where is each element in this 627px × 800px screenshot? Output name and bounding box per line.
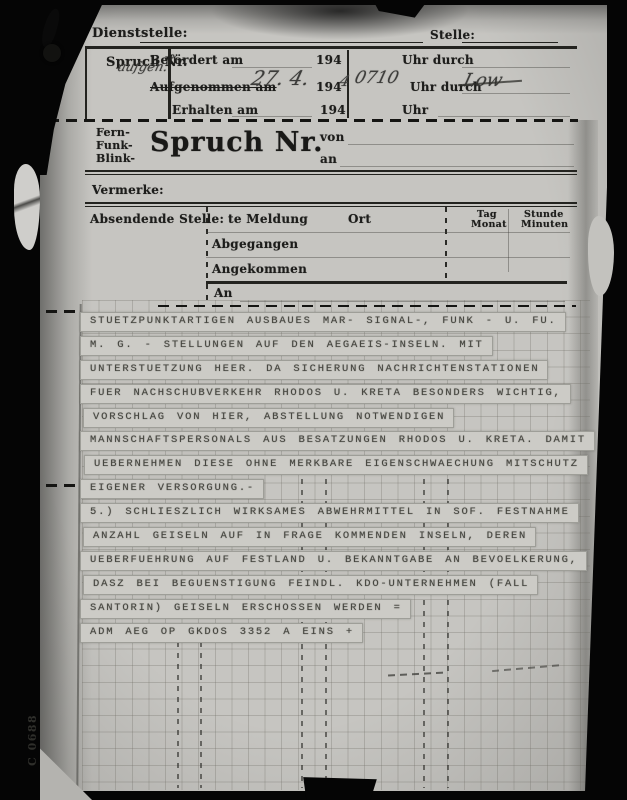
an-fill-line bbox=[340, 166, 574, 167]
dashed-separator-top bbox=[30, 119, 578, 122]
handwritten-aufgen-note: aufgen. bbox=[116, 60, 169, 75]
monat-label: Monat bbox=[471, 219, 507, 230]
handwritten-time: 0710 bbox=[353, 68, 401, 88]
erhalten-label: Erhalten am bbox=[172, 103, 258, 117]
message-line-text: 5.) SCHLIESZLICH WIRKSAMES ABWEHRMITTEL … bbox=[80, 503, 579, 523]
entry-line bbox=[462, 67, 570, 68]
abgegangen-label: Abgegangen bbox=[212, 237, 298, 251]
an-row-label: An bbox=[214, 286, 233, 300]
von-fill-line bbox=[348, 144, 574, 145]
dashed-separator-message bbox=[158, 305, 576, 307]
message-line-text: SANTORIN) GEISELN ERSCHOSSEN WERDEN = bbox=[80, 599, 411, 619]
message-line-text: EIGENER VERSORGUNG.- bbox=[80, 479, 264, 499]
double-rule-d bbox=[85, 206, 577, 207]
message-line: MANNSCHAFTSPERSONALS AUS BESATZUNGEN RHO… bbox=[80, 427, 610, 451]
blink-label: Blink- bbox=[96, 152, 135, 165]
message-line-text: UEBERFUEHRUNG AUF FESTLAND U. BEKANNTGAB… bbox=[80, 551, 587, 571]
message-line: 5.) SCHLIESZLICH WIRKSAMES ABWEHRMITTEL … bbox=[80, 499, 610, 523]
box-left-border bbox=[85, 46, 87, 119]
table-divider-dashed bbox=[445, 207, 447, 282]
table-row-line bbox=[206, 257, 570, 258]
entry-line bbox=[232, 116, 312, 117]
ort-label: Ort bbox=[348, 212, 371, 226]
table-divider bbox=[508, 209, 509, 272]
message-line-text: ADM AEG OP GKDOS 3352 A EINS + bbox=[80, 623, 363, 643]
uhr-label: Uhr bbox=[402, 103, 428, 117]
message-line: STUETZPUNKTARTIGEN AUSBAUES MAR- SIGNAL-… bbox=[80, 308, 610, 332]
table-row-line bbox=[206, 232, 570, 233]
double-rule-c bbox=[85, 202, 577, 204]
double-rule-b bbox=[85, 174, 577, 175]
torn-paper-fragment-left bbox=[14, 164, 40, 250]
grid-dash-column bbox=[200, 642, 202, 788]
dienststelle-fill-line bbox=[140, 42, 423, 43]
message-line: UEBERFUEHRUNG AUF FESTLAND U. BEKANNTGAB… bbox=[80, 547, 610, 571]
message-line: EIGENER VERSORGUNG.- bbox=[80, 475, 610, 499]
double-rule-a bbox=[85, 170, 577, 172]
form-number: C 0688 bbox=[26, 714, 39, 766]
grid-dash-column bbox=[177, 642, 179, 788]
handwritten-date: 27. 4. bbox=[249, 66, 312, 90]
an-row-line bbox=[240, 301, 565, 302]
funk-label: Funk- bbox=[96, 139, 133, 152]
message-line-text: DASZ BEI BEGUENSTIGUNG FEINDL. KDO-UNTER… bbox=[83, 575, 538, 595]
message-line: ADM AEG OP GKDOS 3352 A EINS + bbox=[80, 619, 610, 643]
message-line-text: M. G. - STELLUNGEN AUF DEN AEGAEIS-INSEL… bbox=[80, 336, 493, 356]
message-line-text: UNTERSTUETZUNG HEER. DA SICHERUNG NACHRI… bbox=[80, 360, 548, 380]
year-prefix-1: 194 bbox=[316, 53, 342, 67]
message-line: UNTERSTUETZUNG HEER. DA SICHERUNG NACHRI… bbox=[80, 356, 610, 380]
message-line-text: FUER NACHSCHUBVERKEHR RHODOS U. KRETA BE… bbox=[80, 384, 571, 404]
message-line: DASZ BEI BEGUENSTIGUNG FEINDL. KDO-UNTER… bbox=[80, 571, 610, 595]
dienststelle-label: Dienststelle: bbox=[92, 26, 188, 41]
stelle-label: Stelle: bbox=[430, 28, 475, 42]
an-label: an bbox=[320, 152, 337, 166]
entry-line bbox=[462, 93, 570, 94]
typed-message-body: STUETZPUNKTARTIGEN AUSBAUES MAR- SIGNAL-… bbox=[80, 308, 610, 642]
scanned-radio-message-form: Dienststelle: Stelle: Spruch Nr. Beförde… bbox=[0, 0, 627, 800]
message-line: M. G. - STELLUNGEN AUF DEN AEGAEIS-INSEL… bbox=[80, 332, 610, 356]
angekommen-label: Angekommen bbox=[212, 262, 307, 276]
meldung-label: te Meldung bbox=[228, 212, 308, 226]
minuten-label: Minuten bbox=[521, 219, 568, 230]
message-line: FUER NACHSCHUBVERKEHR RHODOS U. KRETA BE… bbox=[80, 380, 610, 404]
fern-label: Fern- bbox=[96, 126, 130, 139]
uhr-durch-label-1: Uhr durch bbox=[402, 53, 474, 67]
message-line-text: VORSCHLAG VON HIER, ABSTELLUNG NOTWENDIG… bbox=[83, 408, 454, 428]
von-label: von bbox=[320, 130, 345, 144]
hole-punch bbox=[43, 44, 61, 62]
message-line: ANZAHL GEISELN AUF IN FRAGE KOMMENDEN IN… bbox=[80, 523, 610, 547]
scan-border-left bbox=[0, 0, 40, 800]
year-prefix-3: 194 bbox=[320, 103, 346, 117]
entry-line bbox=[438, 116, 570, 117]
stelle-fill-line bbox=[462, 42, 558, 43]
message-line-text: ANZAHL GEISELN AUF IN FRAGE KOMMENDEN IN… bbox=[83, 527, 536, 547]
absendende-stelle-label: Absendende Stelle: bbox=[90, 212, 224, 226]
header-rule bbox=[85, 46, 577, 49]
message-line: VORSCHLAG VON HIER, ABSTELLUNG NOTWENDIG… bbox=[80, 404, 610, 428]
message-line-text: MANNSCHAFTSPERSONALS AUS BESATZUNGEN RHO… bbox=[80, 431, 595, 451]
message-line: UEBERNEHMEN DIESE OHNE MERKBARE EIGENSCH… bbox=[80, 451, 610, 475]
vermerke-label: Vermerke: bbox=[92, 183, 164, 197]
message-line: SANTORIN) GEISELN ERSCHOSSEN WERDEN = bbox=[80, 595, 610, 619]
message-line-text: STUETZPUNKTARTIGEN AUSBAUES MAR- SIGNAL-… bbox=[80, 312, 566, 332]
table-bottom-rule bbox=[206, 281, 567, 284]
spruch-title: Spruch Nr. bbox=[150, 127, 324, 158]
message-line-text: UEBERNEHMEN DIESE OHNE MERKBARE EIGENSCH… bbox=[84, 455, 588, 475]
